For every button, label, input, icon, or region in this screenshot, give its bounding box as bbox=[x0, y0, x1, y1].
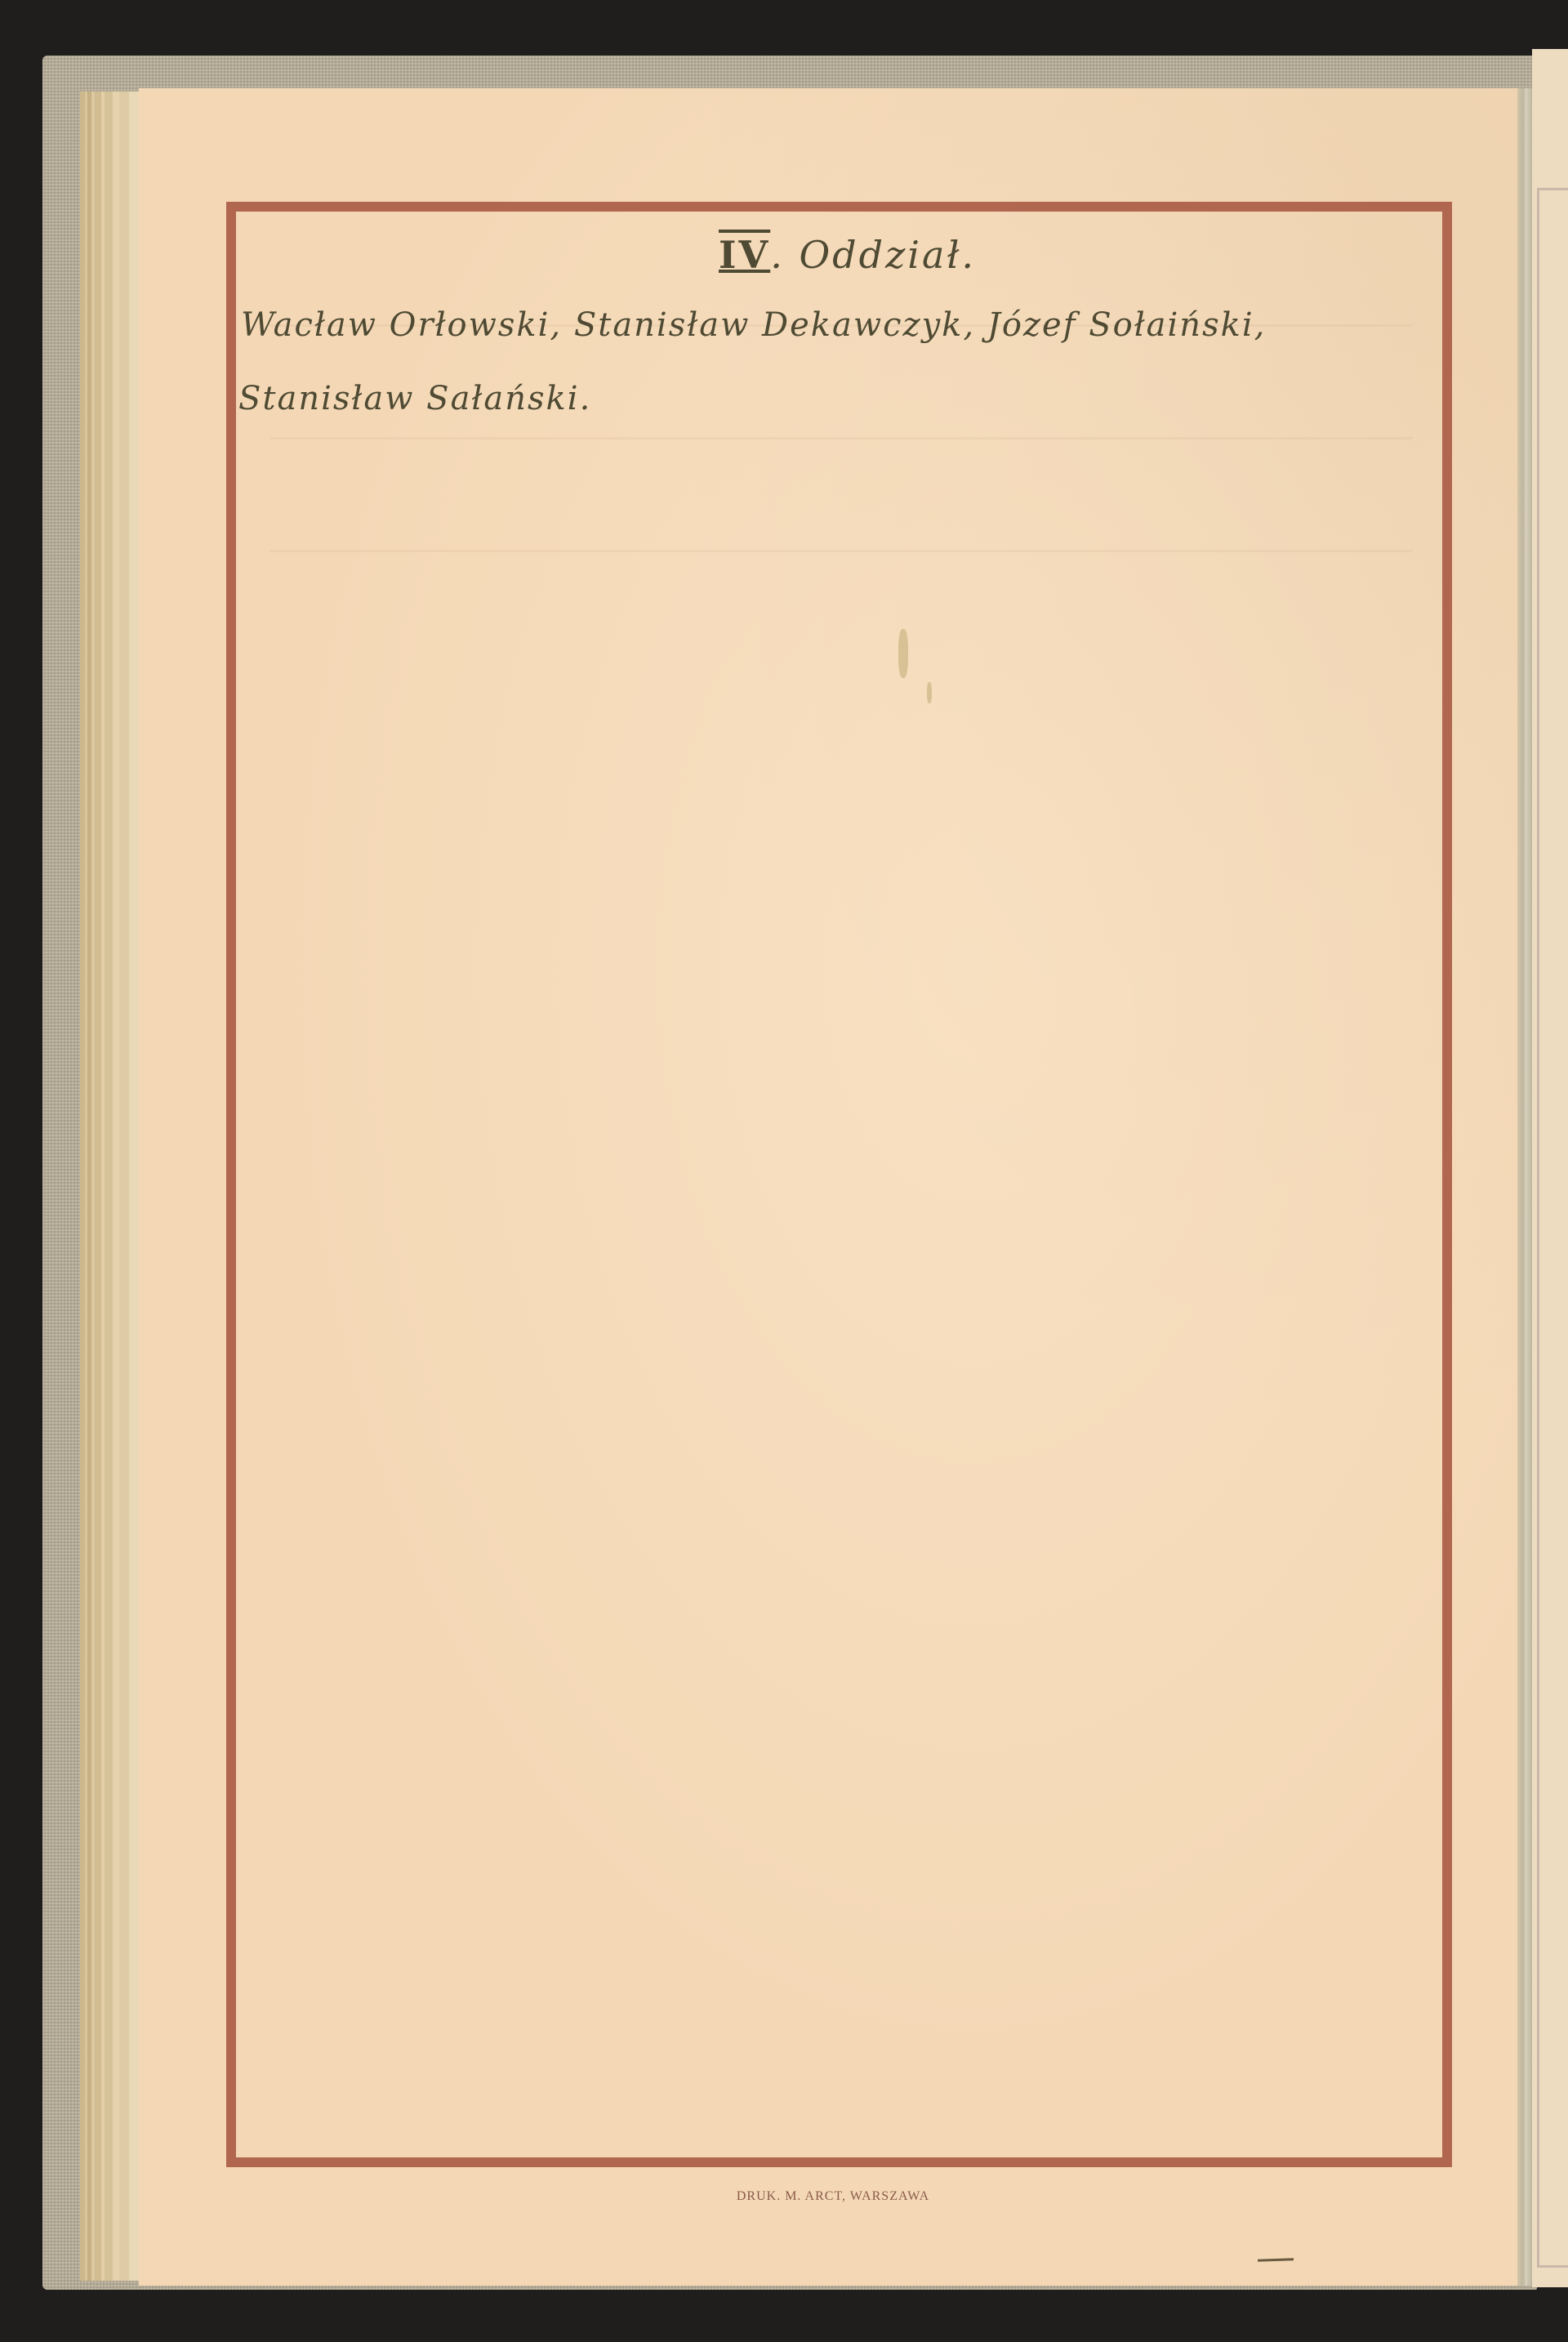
printer-imprint: DRUK. M. ARCT, WARSZAWA bbox=[139, 2189, 1527, 2204]
facing-page-edge bbox=[1532, 49, 1568, 2287]
facing-page-frame bbox=[1537, 188, 1568, 2268]
page-stack-edges bbox=[80, 91, 139, 2281]
imprint-container: DRUK. M. ARCT, WARSZAWA bbox=[139, 0, 1527, 2342]
